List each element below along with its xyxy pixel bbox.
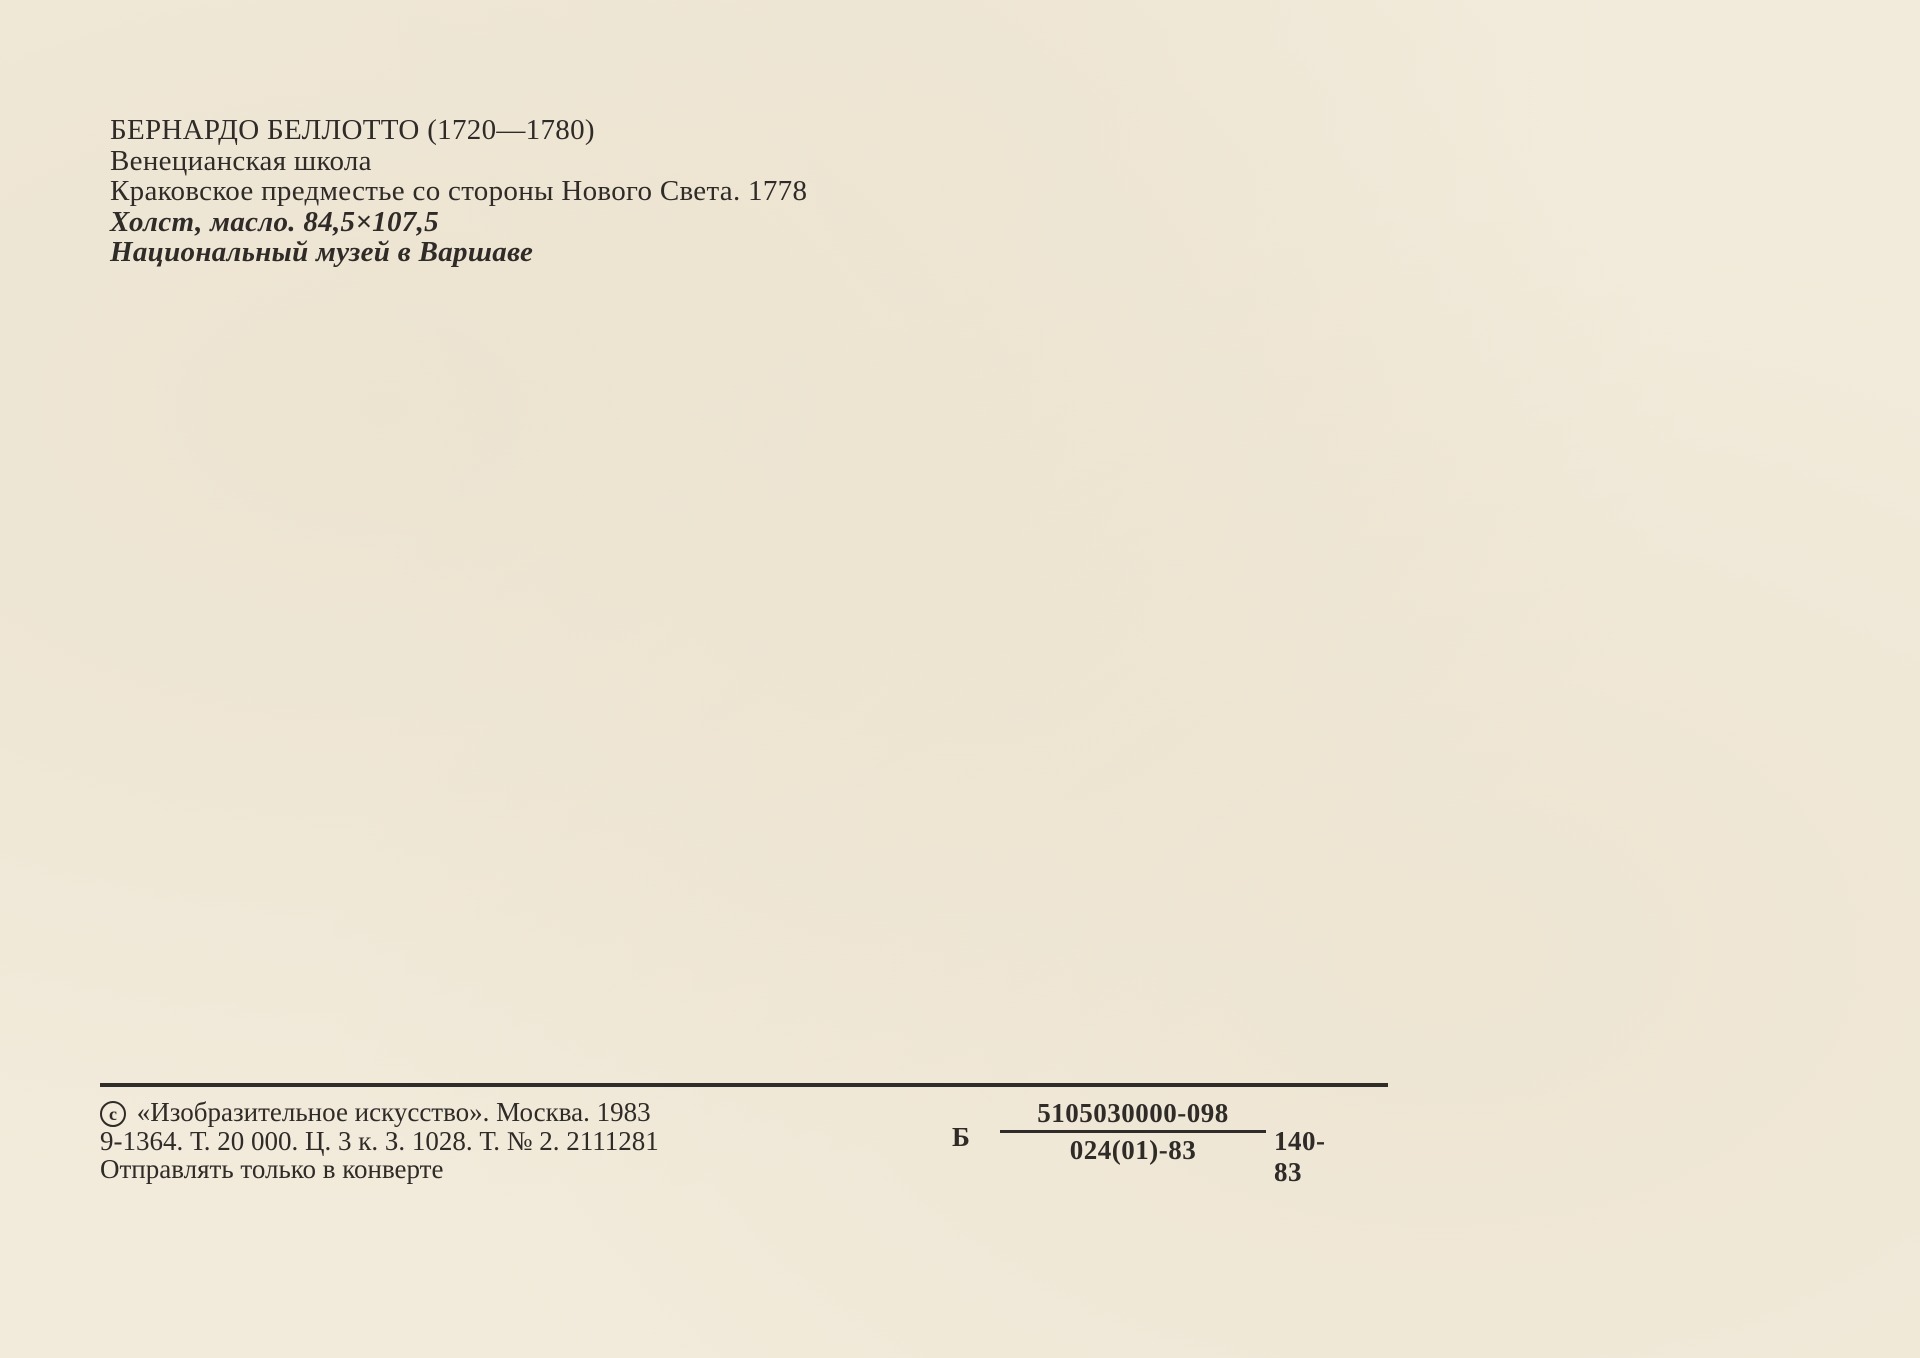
artwork-title: Краковское предместье со стороны Нового … <box>110 176 807 207</box>
artist-name: БЕРНАРДО БЕЛЛОТТО (1720—1780) <box>110 115 807 146</box>
copyright-icon: c <box>100 1101 126 1127</box>
publisher-imprint: c «Изобразительное искусство». Москва. 1… <box>100 1098 659 1183</box>
artwork-medium: Холст, масло. 84,5×107,5 <box>110 207 807 238</box>
publisher-line: c «Изобразительное искусство». Москва. 1… <box>100 1098 659 1127</box>
museum-name: Национальный музей в Варшаве <box>110 237 807 268</box>
order-line: 9-1364. Т. 20 000. Ц. 3 к. З. 1028. Т. №… <box>100 1127 659 1155</box>
index-numerator: 5105030000-098 <box>1000 1098 1266 1128</box>
index-fraction: 5105030000-098 024(01)-83 <box>1000 1098 1266 1165</box>
fraction-bar <box>1000 1130 1266 1133</box>
art-school: Венецианская школа <box>110 146 807 177</box>
divider-rule <box>100 1083 1388 1087</box>
index-denominator: 024(01)-83 <box>1000 1135 1266 1165</box>
index-suffix: 140-83 <box>1274 1126 1326 1188</box>
postal-note: Отправлять только в конверте <box>100 1155 659 1183</box>
artwork-caption: БЕРНАРДО БЕЛЛОТТО (1720—1780) Венецианск… <box>110 115 807 268</box>
publisher-text: «Изобразительное искусство». Москва. 198… <box>137 1097 651 1127</box>
index-letter: Б <box>952 1122 970 1153</box>
